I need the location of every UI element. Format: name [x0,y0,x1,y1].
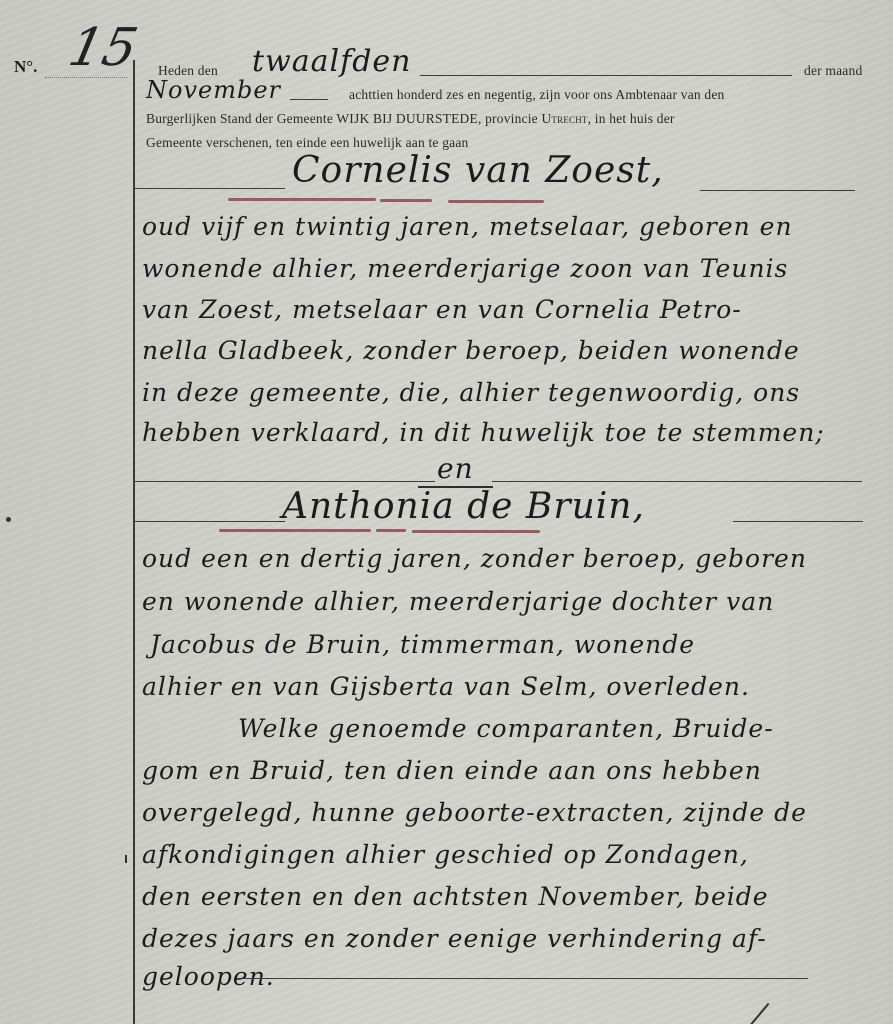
en-right-rule [492,481,862,482]
groom-van-underline [380,199,432,202]
closing-line-3: overgelegd, hunne geboorte-extracten, zi… [142,798,807,827]
closing-line-2: gom en Bruid, ten dien einde aan ons heb… [142,756,762,785]
groom-firstname-underline [228,198,376,201]
groom-detail-line-1: oud vijf en twintig jaren, metselaar, ge… [142,212,793,241]
header-line2: achttien honderd zes en negentig, zijn v… [349,87,725,103]
closing-line-4: afkondigingen alhier geschied op Zondage… [142,840,749,869]
handwritten-day: twaalfden [252,44,411,79]
record-number: 15 [64,18,143,78]
bride-detail-line-3: Jacobus de Bruin, timmerman, wonende [150,630,695,659]
bride-right-rule [733,521,863,522]
groom-detail-line-3: van Zoest, metselaar en van Cornelia Pet… [142,295,742,324]
header-line3: Burgerlijken Stand der Gemeente WIJK BIJ… [146,111,675,127]
handwritten-month: November [146,76,281,104]
day-fill-line [420,75,792,76]
conjunction-en: en [437,452,474,485]
header-province: Utrecht [541,111,587,126]
bride-detail-line-4: alhier en van Gijsberta van Selm, overle… [142,672,750,701]
closing-line-1: Welke genoemde comparanten, Bruide- [238,714,774,743]
closing-line-6: dezes jaars en zonder eenige verhinderin… [142,924,767,953]
closing-fill-line [238,978,808,979]
groom-detail-line-4: nella Gladbeek, zonder beroep, beiden wo… [142,336,800,365]
margin-rule [133,60,135,1024]
groom-name: Cornelis van Zoest, [292,150,664,191]
groom-detail-line-6: hebben verklaard, in dit huwelijk toe te… [142,418,825,447]
header-der-maand: der maand [804,63,862,79]
groom-detail-line-2: wonende alhier, meerderjarige zoon van T… [142,254,788,283]
bride-firstname-underline [219,529,371,532]
groom-surname-underline [448,200,544,203]
record-number-dotted-line [45,77,127,78]
header-line3-part1: Burgerlijken Stand der Gemeente WIJK BIJ… [146,111,538,126]
closing-line-5: den eersten en den achtsten November, be… [142,882,769,911]
header-line3-part2: , in het huis der [588,111,675,126]
groom-left-rule [135,188,285,189]
margin-tick-mark [125,855,127,863]
bride-detail-line-1: oud een en dertig jaren, zonder beroep, … [142,544,807,573]
closing-line-7: geloopen. [142,962,275,991]
header-line4: Gemeente verschenen, ten einde een huwel… [146,135,468,151]
bride-de-underline [376,529,406,532]
ink-speck [6,517,11,522]
record-number-label: N°. [14,57,37,77]
en-left-rule [135,481,435,482]
bride-left-rule [135,521,285,522]
bride-surname-underline [412,530,540,533]
groom-right-rule [700,190,855,191]
month-fill-line [290,99,328,100]
groom-detail-line-5: in deze gemeente, die, alhier tegenwoord… [142,378,800,407]
bride-name: Anthonia de Bruin, [282,486,645,527]
bride-detail-line-2: en wonende alhier, meerderjarige dochter… [142,587,774,616]
